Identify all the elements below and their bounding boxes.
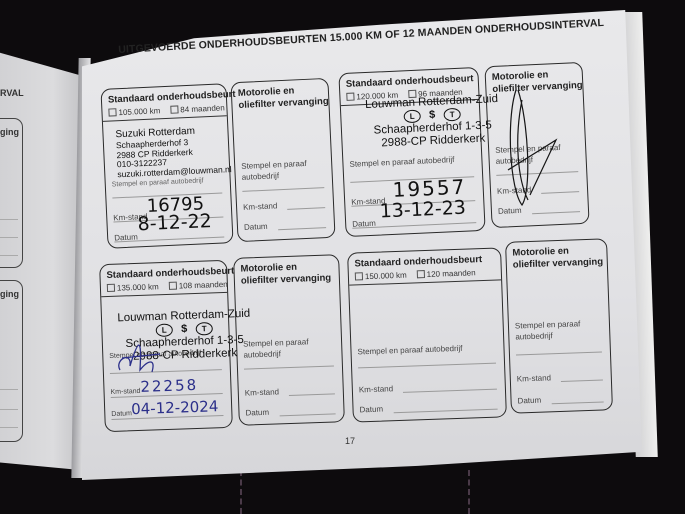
checkbox[interactable] (355, 272, 363, 280)
left-card-bottom: ging (0, 280, 23, 442)
date-label: Datum (111, 410, 132, 418)
km-label: Km-stand (243, 201, 278, 212)
km-label: Km-stand (245, 387, 280, 397)
left-page: RVAL anging ging (0, 50, 80, 470)
km-label: Km-stand (517, 373, 552, 383)
toyota-logo-icon: T (443, 108, 461, 122)
signature-scribble (112, 330, 172, 380)
service-card-120000: Standaard onderhoudsbeurt 120.000 km96 m… (338, 67, 485, 237)
left-card-top: anging (0, 118, 23, 268)
suzuki-logo-icon: $ (177, 324, 192, 336)
oil-card-4: Motorolie enoliefilter vervanging Stempe… (505, 238, 613, 413)
stamp-label: Stempel en paraafautobedrijf (515, 318, 581, 342)
km-label: Km-stand (110, 388, 140, 396)
checkbox[interactable] (346, 93, 354, 101)
card-title: Motorolie enoliefilter vervanging (512, 244, 603, 271)
stamp-label: Stempel en paraaf autobedrijf (357, 344, 462, 357)
card-title: Motorolie enoliefilter vervanging (240, 261, 331, 288)
checkbox[interactable] (108, 108, 116, 116)
page-number: 17 (345, 436, 355, 446)
left-heading-fragment: RVAL (0, 88, 24, 98)
lexus-logo-icon: L (403, 110, 421, 124)
suzuki-logo-icon: $ (424, 110, 439, 122)
service-date: 8-12-22 (137, 210, 212, 235)
service-date: 13-12-23 (379, 197, 466, 223)
service-card-105000: Standaard onderhoudsbeurt 105.000 km84 m… (100, 83, 233, 249)
stamp-label: Stempel en paraaf autobedrijf (349, 155, 454, 169)
toyota-logo-icon: T (196, 322, 213, 336)
date-label: Datum (359, 405, 383, 415)
signature-scribble (488, 60, 568, 210)
checkbox[interactable] (107, 284, 115, 292)
card-options: 135.000 km108 maanden (107, 280, 228, 293)
km-label: Km-stand (359, 384, 394, 394)
card-title: Motorolie enoliefilter vervanging (238, 84, 329, 112)
seat-stitching (468, 470, 470, 514)
date-label: Datum (517, 396, 541, 406)
left-card-bottom-title: ging (0, 289, 19, 299)
stamp-label: Stempel en paraaf autobedrijf (112, 177, 204, 188)
checkbox[interactable] (417, 270, 425, 278)
dealer-stamp: Louwman Rotterdam-Zuid L $ T Schaapherde… (365, 93, 500, 151)
service-card-150000: Standaard onderhoudsbeurt 150.000 km120 … (347, 247, 507, 422)
oil-card-1: Motorolie enoliefilter vervanging Stempe… (230, 78, 335, 242)
card-options: 150.000 km120 maanden (355, 268, 476, 281)
stamp-label: Stempel en paraafautobedrijf (241, 158, 307, 183)
stamp-label: Stempel en paraafautobedrijf (243, 336, 309, 360)
checkbox[interactable] (169, 282, 177, 290)
left-card-top-title: anging (0, 127, 19, 137)
checkbox[interactable] (170, 105, 178, 113)
seat-stitching (240, 470, 242, 514)
date-label: Datum (244, 222, 268, 232)
dealer-stamp: Suzuki Rotterdam Schaapherderhof 3 2988 … (115, 124, 232, 179)
date-label: Datum (245, 408, 269, 418)
